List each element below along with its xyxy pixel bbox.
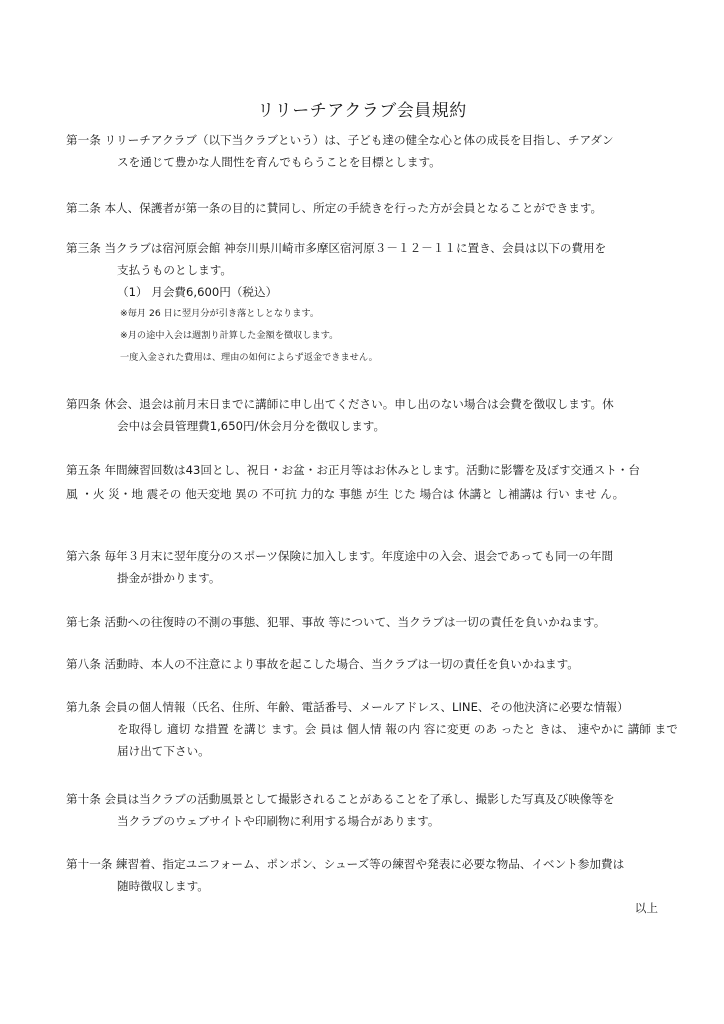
article-3-note-2: ※月の途中入会は週割り計算した金額を徴収します。 <box>120 328 338 344</box>
article-4-line-2: 会中は会員管理費1,650円/休会月分を徴収します。 <box>117 418 385 434</box>
article-2-line-1: 第二条 本人、保護者が第一条の目的に賛同し、所定の手続きを行った方が会員となるこ… <box>66 200 602 216</box>
document-title: リリーチアクラブ会員規約 <box>0 96 724 121</box>
article-8-line-1: 第八条 活動時、本人の不注意により事故を起こした場合、当クラブは一切の責任を負い… <box>66 656 579 672</box>
article-10-line-2: 当クラブのウェブサイトや印刷物に利用する場合があります。 <box>117 813 439 829</box>
article-7-line-1: 第七条 活動への往復時の不測の事態、犯罪、事故 等について、当クラブは一切の責任… <box>66 614 605 630</box>
article-1-line-2: スを通じて豊かな人間性を育んでもらうことを目標とします。 <box>117 154 441 170</box>
article-3-note-1: ※毎月 26 日に翌月分が引き落としとなります。 <box>120 306 319 322</box>
article-9-line-2: を取得し 適切 な措置 を講じ ます。会 員は 個人情 報の内 容に変更 のあ … <box>117 721 678 737</box>
closing-text: 以上 <box>635 900 658 916</box>
article-6-line-2: 掛金が掛かります。 <box>117 570 220 586</box>
article-11-line-1: 第十一条 練習着、指定ユニフォーム、ポンポン、シューズ等の練習や発表に必要な物品… <box>66 856 624 872</box>
article-6-line-1: 第六条 毎年３月末に翌年度分のスポーツ保険に加入します。年度途中の入会、退会であ… <box>66 548 613 564</box>
article-5-line-1: 第五条 年間練習回数は43回とし、祝日・お盆・お正月等はお休みとします。活動に影… <box>66 462 640 478</box>
article-5-line-2: 風 ・火 災・地 震その 他天変地 異の 不可抗 力的な 事態 が生 じた 場合… <box>66 486 624 502</box>
article-3-note-3: 一度入金された費用は、理由の如何によらず返金できません。 <box>120 350 378 366</box>
article-1-line-1: 第一条 リリーチアクラブ（以下当クラブという）は、子ども達の健全な心と体の成長を… <box>66 132 614 148</box>
article-3-line-2: 支払うものとします。 <box>117 262 232 278</box>
article-9-line-1: 第九条 会員の個人情報（氏名、住所、年齢、電話番号、メールアドレス、LINE、そ… <box>66 699 629 715</box>
article-11-line-2: 随時徴収します。 <box>117 878 209 894</box>
article-10-line-1: 第十条 会員は当クラブの活動風景として撮影されることがあることを了承し、撮影した… <box>66 791 615 807</box>
article-3-line-1: 第三条 当クラブは宿河原会館 神奈川県川崎市多摩区宿河原３－１２－１１に置き、会… <box>66 240 606 256</box>
article-9-line-3: 届け出て下さい。 <box>117 743 210 759</box>
article-4-line-1: 第四条 休会、退会は前月末日までに講師に申し出てください。申し出のない場合は会費… <box>66 396 614 412</box>
article-3-fee: （1） 月会費6,600円（税込） <box>117 284 277 300</box>
